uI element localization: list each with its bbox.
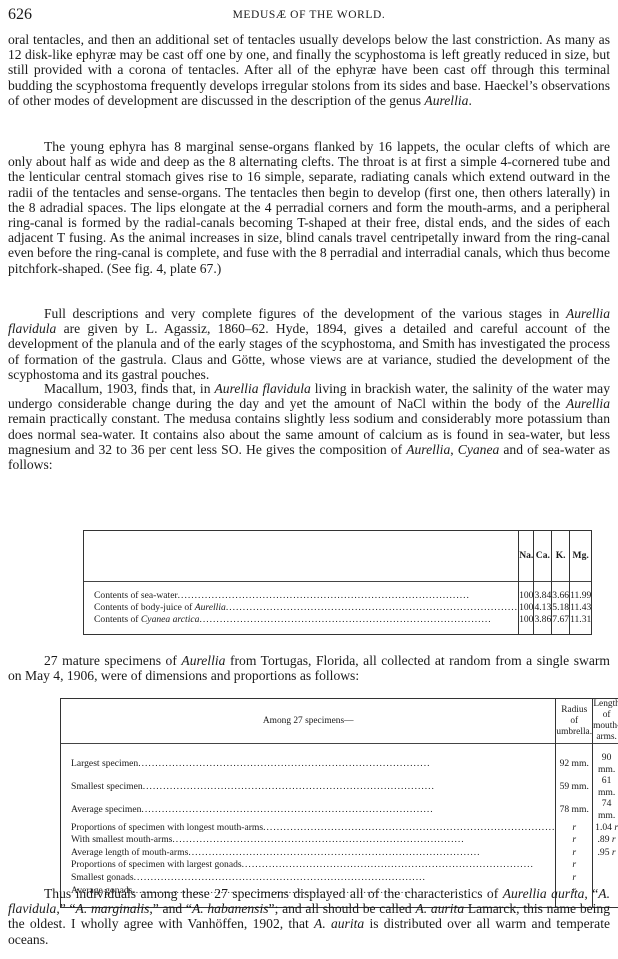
- row-label: Average length of mouth-arms: [61, 846, 556, 859]
- row-label: Proportions of specimen with longest mou…: [61, 821, 556, 834]
- cell-k: 5.18: [552, 602, 570, 614]
- cell-mg: 11.99: [570, 590, 592, 602]
- cell-mouth-arms-length: .89 r: [593, 834, 618, 847]
- table-header-row: Na. Ca. K. Mg.: [84, 531, 592, 582]
- cell-mg: 11.43: [570, 602, 592, 614]
- table-row: Smallest gonadsr0.36 r: [61, 871, 618, 884]
- table-row: Contents of sea-water 100 3.84 3.66 11.9…: [84, 590, 592, 602]
- column-header: [84, 531, 519, 582]
- cell-na: 100: [519, 602, 534, 614]
- table-row: Average specimen78 mm.74 mm.33 mm.: [61, 798, 618, 821]
- cell-ca: 3.86: [534, 614, 552, 626]
- cell-ca: 3.84: [534, 590, 552, 602]
- cell-mouth-arms-length: 90 mm.: [593, 752, 618, 775]
- cell-umbrella-radius: 78 mm.: [556, 798, 593, 821]
- table-row: Contents of Cyanea arctica 100 3.86 7.67…: [84, 614, 592, 626]
- cell-na: 100: [519, 590, 534, 602]
- table-row: Proportions of specimen with largest gon…: [61, 859, 618, 872]
- cell-na: 100: [519, 614, 534, 626]
- column-header: K.: [552, 531, 570, 582]
- cell-mouth-arms-length: [593, 859, 618, 872]
- paragraph-conclusion: Thus individuals among these 27 specimen…: [8, 886, 610, 947]
- cell-mouth-arms-length: 61 mm.: [593, 775, 618, 798]
- cell-umbrella-radius: r: [556, 871, 593, 884]
- row-label: Smallest gonads: [61, 871, 556, 884]
- cell-umbrella-radius: r: [556, 834, 593, 847]
- cell-mouth-arms-length: 1.04 r: [593, 821, 618, 834]
- column-header: Na.: [519, 531, 534, 582]
- row-label: Average specimen: [61, 798, 556, 821]
- column-header: Mg.: [570, 531, 592, 582]
- table-row: With smallest mouth-armsr.89 r: [61, 834, 618, 847]
- paragraph-macallum: Macallum, 1903, finds that, in Aurellia …: [8, 381, 610, 472]
- specimens-table: Among 27 specimens— Radius of umbrella. …: [60, 698, 618, 908]
- cell-mouth-arms-length: [593, 871, 618, 884]
- table-row: Smallest specimen59 mm.61 mm.25 mm.: [61, 775, 618, 798]
- column-header: Radius of umbrella.: [556, 699, 593, 744]
- cell-k: 7.67: [552, 614, 570, 626]
- cell-umbrella-radius: r: [556, 846, 593, 859]
- row-label: Smallest specimen: [61, 775, 556, 798]
- table-row: Average length of mouth-armsr.95 r: [61, 846, 618, 859]
- row-label: Proportions of specimen with largest gon…: [61, 859, 556, 872]
- cell-umbrella-radius: 92 mm.: [556, 752, 593, 775]
- paragraph-mature-specimens: 27 mature specimens of Aurellia from Tor…: [8, 653, 610, 683]
- row-label: With smallest mouth-arms: [61, 834, 556, 847]
- paragraph-oral-tentacles: oral tentacles, and then an additional s…: [8, 32, 610, 108]
- cell-ca: 4.13: [534, 602, 552, 614]
- composition-table: Na. Ca. K. Mg. Contents of sea-water 100…: [83, 530, 592, 635]
- row-label: Largest specimen: [61, 752, 556, 775]
- table-row: Proportions of specimen with longest mou…: [61, 821, 618, 834]
- cell-umbrella-radius: r: [556, 859, 593, 872]
- cell-k: 3.66: [552, 590, 570, 602]
- cell-umbrella-radius: r: [556, 821, 593, 834]
- cell-mg: 11.31: [570, 614, 592, 626]
- paragraph-young-ephyra: The young ephyra has 8 marginal sense-or…: [8, 139, 610, 276]
- row-label: Contents of body-juice of Aurellia: [84, 602, 519, 614]
- paragraph-full-descriptions: Full descriptions and very complete figu…: [8, 306, 610, 382]
- cell-mouth-arms-length: .95 r: [593, 846, 618, 859]
- running-title: MEDUSÆ OF THE WORLD.: [8, 9, 610, 21]
- document-page: 626 MEDUSÆ OF THE WORLD. oral tentacles,…: [0, 0, 618, 959]
- column-header: Among 27 specimens—: [61, 699, 556, 744]
- cell-umbrella-radius: 59 mm.: [556, 775, 593, 798]
- table-row: Contents of body-juice of Aurellia 100 4…: [84, 602, 592, 614]
- row-label: Contents of Cyanea arctica: [84, 614, 519, 626]
- row-label: Contents of sea-water: [84, 590, 519, 602]
- page-header: 626 MEDUSÆ OF THE WORLD.: [8, 6, 610, 26]
- cell-mouth-arms-length: 74 mm.: [593, 798, 618, 821]
- column-header: Length of mouth-arms.: [593, 699, 618, 744]
- table-header-row: Among 27 specimens— Radius of umbrella. …: [61, 699, 618, 744]
- column-header: Ca.: [534, 531, 552, 582]
- table-row: Largest specimen92 mm.90 mm.32 mm.: [61, 752, 618, 775]
